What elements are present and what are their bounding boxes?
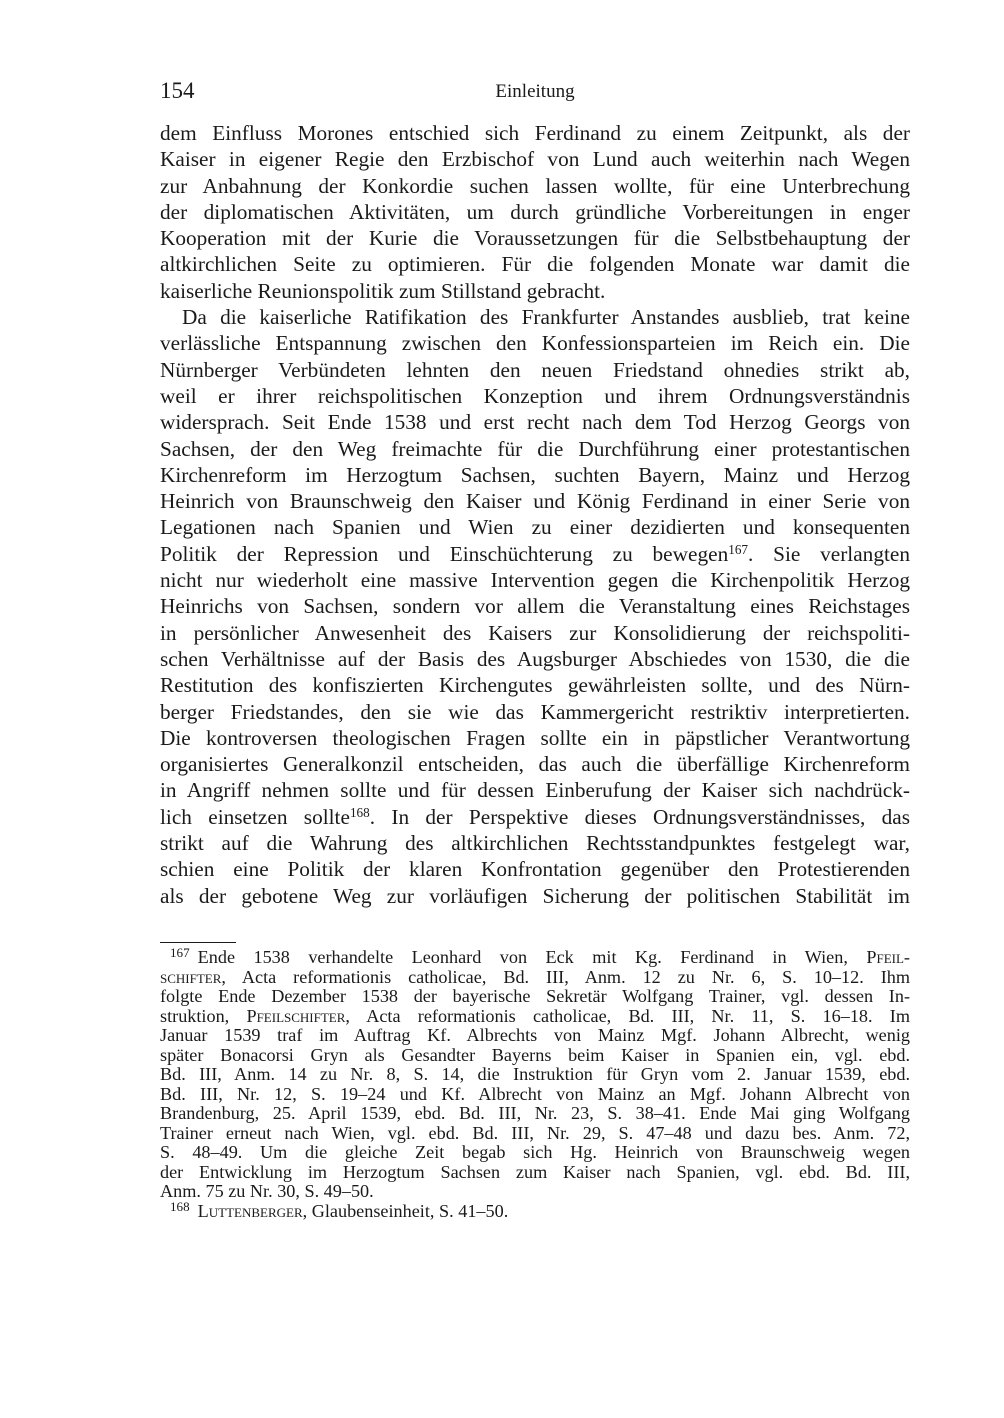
text-line: Kooperation mit der Kurie die Voraussetz…: [160, 225, 910, 251]
body-text: dem Einfluss Morones entschied sich Ferd…: [160, 120, 910, 909]
footnote-number: 168: [170, 1199, 190, 1214]
text-segment: struktion,: [160, 1006, 246, 1026]
footnote-separator: [160, 942, 236, 943]
text-line: Die kontroversen theologischen Fragen so…: [160, 725, 910, 751]
text-segment: lich einsetzen sollte: [160, 805, 350, 829]
text-line: Legationen nach Spanien und Wien zu eine…: [160, 514, 910, 540]
footnote-line: 168Luttenberger, Glaubenseinheit, S. 41–…: [160, 1202, 910, 1222]
text-segment: Ende 1538 verhandelte Leonhard von Eck m…: [198, 947, 867, 967]
text-line-with-footnote-ref: lich einsetzen sollte168. In der Perspek…: [160, 804, 910, 830]
text-line: nicht nur wiederholt eine massive Interv…: [160, 567, 910, 593]
text-line: in persönlicher Anwesenheit des Kaisers …: [160, 620, 910, 646]
footnote-line: Bd. III, Anm. 14 zu Nr. 8, S. 14, die In…: [160, 1065, 910, 1085]
text-line: in Angriff nehmen sollte und für dessen …: [160, 777, 910, 803]
text-segment: , Glaubenseinheit, S. 41–50.: [303, 1201, 509, 1221]
text-line: Nürnberger Verbündeten lehnten den neuen…: [160, 357, 910, 383]
text-line: der diplomatischen Aktivitäten, um durch…: [160, 199, 910, 225]
footnote-line: struktion, Pfeilschifter, Acta reformati…: [160, 1007, 910, 1027]
author-name: Pfeilschifter: [246, 1006, 345, 1026]
text-line: dem Einfluss Morones entschied sich Ferd…: [160, 120, 910, 146]
footnote-167: 167Ende 1538 verhandelte Leonhard von Ec…: [160, 948, 910, 1202]
text-segment: , Acta reformationis catholicae, Bd. III…: [345, 1006, 910, 1026]
text-line: schien eine Politik der klaren Konfronta…: [160, 856, 910, 882]
document-page: 154 Einleitung dem Einfluss Morones ents…: [0, 0, 1004, 1418]
text-line-with-footnote-ref: Politik der Repression und Einschüchteru…: [160, 541, 910, 567]
author-name: Luttenberger: [198, 1201, 303, 1221]
footnote-ref-168[interactable]: 168: [350, 804, 370, 819]
text-segment: . Sie verlangten: [748, 542, 910, 566]
text-line: schen Verhältnisse auf der Basis des Aug…: [160, 646, 910, 672]
text-line: Heinrich von Braunschweig den Kaiser und…: [160, 488, 910, 514]
footnote-line: folgte Ende Dezember 1538 der bayerische…: [160, 987, 910, 1007]
text-line: berger Friedstandes, den sie wie das Kam…: [160, 699, 910, 725]
text-line: verlässliche Entspannung zwischen den Ko…: [160, 330, 910, 356]
footnote-line: Trainer erneut nach Wien, vgl. ebd. Bd. …: [160, 1124, 910, 1144]
text-segment: Politik der Repression und Einschüchteru…: [160, 542, 728, 566]
footnote-line: Brandenburg, 25. April 1539, ebd. Bd. II…: [160, 1104, 910, 1124]
text-line: zur Anbahnung der Konkordie suchen lasse…: [160, 173, 910, 199]
text-segment: . In der Perspektive dieses Ordnungsvers…: [370, 805, 910, 829]
paragraph-start-line: Da die kaiserliche Ratifikation des Fran…: [160, 304, 910, 330]
text-line: als der gebotene Weg zur vorläufigen Sic…: [160, 883, 910, 909]
text-line: Sachsen, der den Weg freimachte für die …: [160, 436, 910, 462]
text-line: kaiserliche Reunionspolitik zum Stillsta…: [160, 278, 910, 304]
running-title: Einleitung: [160, 81, 910, 103]
footnote-line: Bd. III, Nr. 12, S. 19–24 und Kf. Albrec…: [160, 1085, 910, 1105]
text-line: weil er ihrer reichspolitischen Konzepti…: [160, 383, 910, 409]
author-name: schifter: [160, 967, 221, 987]
footnote-line: später Bonacorsi Gryn als Gesandter Baye…: [160, 1046, 910, 1066]
text-segment: , Acta reformationis catholicae, Bd. III…: [221, 967, 910, 987]
footnote-168: 168Luttenberger, Glaubenseinheit, S. 41–…: [160, 1202, 910, 1222]
author-name: Pfeil-: [866, 947, 910, 967]
footnote-line: Anm. 75 zu Nr. 30, S. 49–50.: [160, 1182, 910, 1202]
text-line: organisiertes Generalkonzil entscheiden,…: [160, 751, 910, 777]
footnote-line: schifter, Acta reformationis catholicae,…: [160, 968, 910, 988]
text-line: strikt auf die Wahrung des altkirchliche…: [160, 830, 910, 856]
text-line: Heinrichs von Sachsen, sondern vor allem…: [160, 593, 910, 619]
footnote-number: 167: [170, 945, 190, 960]
footnote-line: Januar 1539 traf im Auftrag Kf. Albrecht…: [160, 1026, 910, 1046]
text-line: Restitution des konfiszierten Kirchengut…: [160, 672, 910, 698]
text-line: altkirchlichen Seite zu optimieren. Für …: [160, 251, 910, 277]
footnote-ref-167[interactable]: 167: [728, 542, 748, 557]
running-head: 154 Einleitung: [160, 78, 910, 108]
footnote-line: der Entwicklung im Herzogtum Sachsen zum…: [160, 1163, 910, 1183]
text-line: widersprach. Seit Ende 1538 und erst rec…: [160, 409, 910, 435]
footnotes: 167Ende 1538 verhandelte Leonhard von Ec…: [160, 948, 910, 1221]
text-line: Kirchenreform im Herzogtum Sachsen, such…: [160, 462, 910, 488]
footnote-line: S. 48–49. Um die gleiche Zeit begab sich…: [160, 1143, 910, 1163]
footnote-line: 167Ende 1538 verhandelte Leonhard von Ec…: [160, 948, 910, 968]
text-line: Kaiser in eigener Regie den Erzbischof v…: [160, 146, 910, 172]
